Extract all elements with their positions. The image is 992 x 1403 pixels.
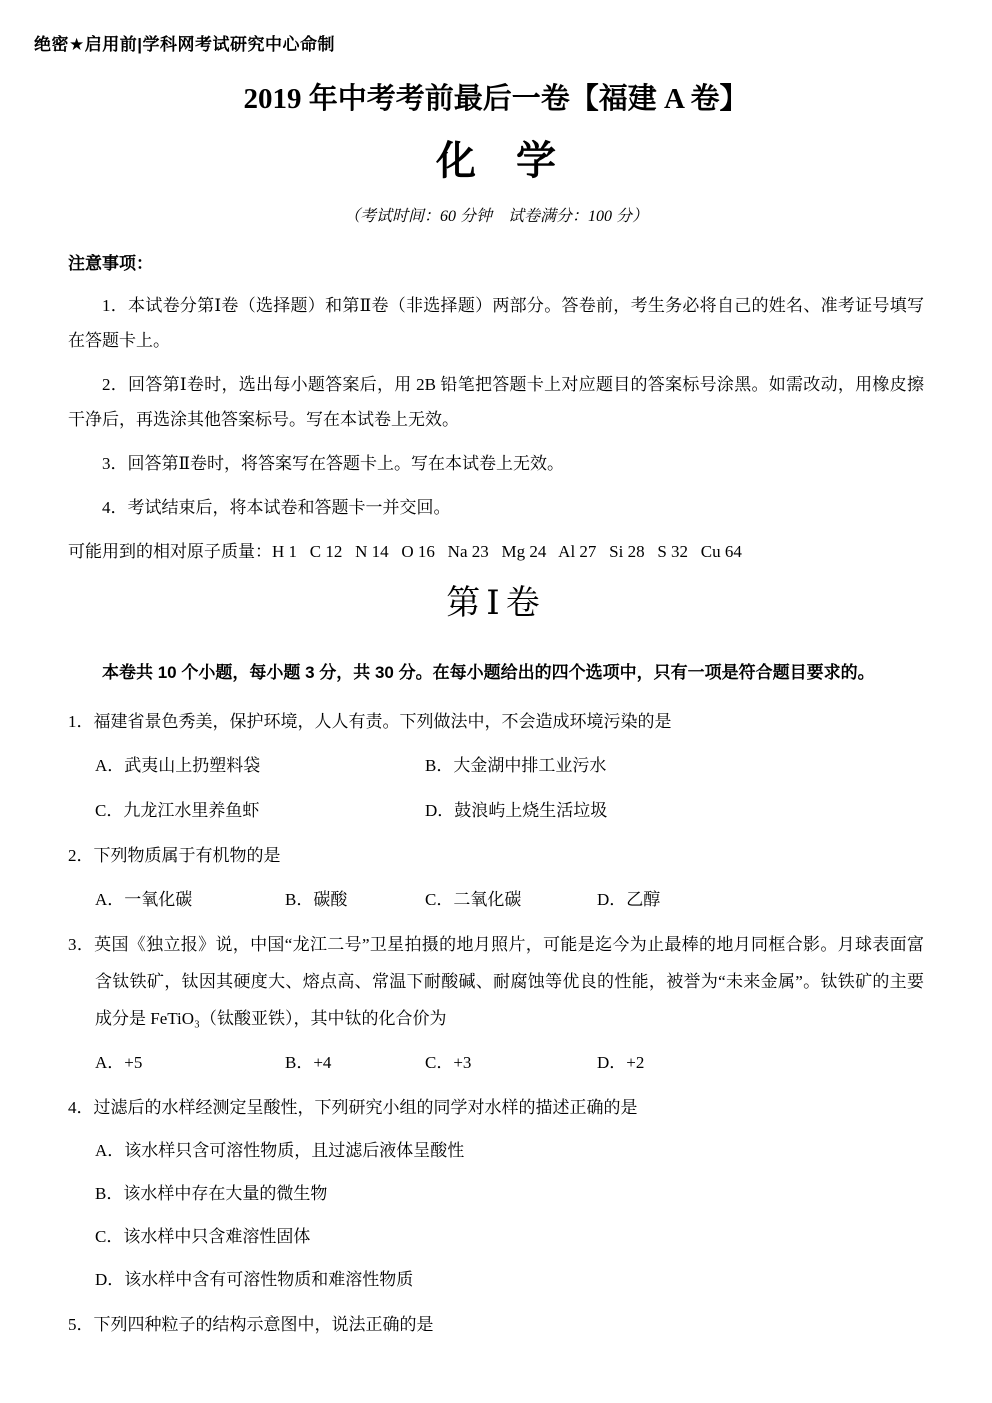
- notice-item-4: 4．考试结束后，将本试卷和答题卡一并交回。: [68, 490, 924, 525]
- question-3-option-a: A．+5: [95, 1044, 285, 1081]
- question-2-number: 2．: [68, 846, 94, 865]
- notice-item-1: 1．本试卷分第Ⅰ卷（选择题）和第Ⅱ卷（非选择题）两部分。答卷前，考生务必将自己的…: [68, 288, 924, 358]
- question-2-option-d: D．乙醇: [597, 881, 924, 918]
- question-5-number: 5．: [68, 1315, 94, 1334]
- atomic-masses-line: 可能用到的相对原子质量：H 1 C 12 N 14 O 16 Na 23 Mg …: [68, 534, 924, 569]
- classification-header: 绝密★启用前|学科网考试研究中心命制: [34, 30, 335, 55]
- question-1-text: 1．福建省景色秀美，保护环境，人人有责。下列做法中，不会造成环境污染的是: [68, 703, 924, 740]
- question-4: 4．过滤后的水样经测定呈酸性，下列研究小组的同学对水样的描述正确的是 A．该水样…: [68, 1089, 924, 1298]
- question-1-option-c: C．九龙江水里养鱼虾: [95, 792, 425, 829]
- subject-title: 化 学: [0, 138, 992, 184]
- question-3-number: 3．: [68, 935, 94, 954]
- question-4-option-c: C．该水样中只含难溶性固体: [95, 1218, 924, 1255]
- question-1-option-b: B．大金湖中排工业污水: [425, 747, 924, 784]
- question-4-number: 4．: [68, 1098, 94, 1117]
- question-2-option-b: B．碳酸: [285, 881, 425, 918]
- notice-heading: 注意事项：: [68, 252, 924, 276]
- question-3-options: A．+5 B．+4 C．+3 D．+2: [68, 1044, 924, 1081]
- question-3-option-c: C．+3: [425, 1044, 597, 1081]
- exam-title: 2019 年中考考前最后一卷【福建 A 卷】: [0, 0, 992, 116]
- question-2-stem: 下列物质属于有机物的是: [94, 846, 281, 865]
- question-4-stem: 过滤后的水样经测定呈酸性，下列研究小组的同学对水样的描述正确的是: [94, 1098, 638, 1117]
- question-5: 5．下列四种粒子的结构示意图中，说法正确的是: [68, 1306, 924, 1343]
- notice-item-3: 3．回答第Ⅱ卷时，将答案写在答题卡上。写在本试卷上无效。: [68, 446, 924, 481]
- question-3-option-b: B．+4: [285, 1044, 425, 1081]
- part1-title: 第Ⅰ卷: [68, 581, 924, 627]
- question-4-option-d: D．该水样中含有可溶性物质和难溶性物质: [95, 1261, 924, 1298]
- question-5-text: 5．下列四种粒子的结构示意图中，说法正确的是: [68, 1306, 924, 1343]
- exam-duration-info: （考试时间：60 分钟 试卷满分：100 分）: [0, 206, 992, 228]
- question-2-options: A．一氧化碳 B．碳酸 C．二氧化碳 D．乙醇: [68, 881, 924, 918]
- question-3-stem: 英国《独立报》说，中国“龙江二号”卫星拍摄的地月照片，可能是迄今为止最棒的地月同…: [94, 935, 924, 1028]
- question-1-stem: 福建省景色秀美，保护环境，人人有责。下列做法中，不会造成环境污染的是: [94, 712, 672, 731]
- question-2-text: 2．下列物质属于有机物的是: [68, 837, 924, 874]
- question-2-option-c: C．二氧化碳: [425, 881, 597, 918]
- question-3-option-d: D．+2: [597, 1044, 924, 1081]
- question-5-stem: 下列四种粒子的结构示意图中，说法正确的是: [94, 1315, 434, 1334]
- exam-paper-page: 绝密★启用前|学科网考试研究中心命制 2019 年中考考前最后一卷【福建 A 卷…: [0, 0, 992, 1403]
- question-4-option-b: B．该水样中存在大量的微生物: [95, 1175, 924, 1212]
- question-4-options: A．该水样只含可溶性物质，且过滤后液体呈酸性 B．该水样中存在大量的微生物 C．…: [68, 1132, 924, 1298]
- question-2: 2．下列物质属于有机物的是 A．一氧化碳 B．碳酸 C．二氧化碳 D．乙醇: [68, 837, 924, 918]
- question-1: 1．福建省景色秀美，保护环境，人人有责。下列做法中，不会造成环境污染的是 A．武…: [68, 703, 924, 829]
- question-2-option-a: A．一氧化碳: [95, 881, 285, 918]
- paper-body: 注意事项： 1．本试卷分第Ⅰ卷（选择题）和第Ⅱ卷（非选择题）两部分。答卷前，考生…: [68, 252, 924, 1343]
- question-1-option-d: D．鼓浪屿上烧生活垃圾: [425, 792, 924, 829]
- question-3: 3．英国《独立报》说，中国“龙江二号”卫星拍摄的地月照片，可能是迄今为止最棒的地…: [68, 926, 924, 1081]
- part1-intro: 本卷共 10 个小题，每小题 3 分，共 30 分。在每小题给出的四个选项中，只…: [68, 655, 924, 691]
- notice-item-2: 2．回答第Ⅰ卷时，选出每小题答案后，用 2B 铅笔把答题卡上对应题目的答案标号涂…: [68, 367, 924, 437]
- question-4-text: 4．过滤后的水样经测定呈酸性，下列研究小组的同学对水样的描述正确的是: [68, 1089, 924, 1126]
- question-4-option-a: A．该水样只含可溶性物质，且过滤后液体呈酸性: [95, 1132, 924, 1169]
- question-1-option-a: A．武夷山上扔塑料袋: [95, 747, 425, 784]
- question-3-text: 3．英国《独立报》说，中国“龙江二号”卫星拍摄的地月照片，可能是迄今为止最棒的地…: [68, 926, 924, 1037]
- question-1-number: 1．: [68, 712, 94, 731]
- question-1-options: A．武夷山上扔塑料袋 B．大金湖中排工业污水 C．九龙江水里养鱼虾 D．鼓浪屿上…: [68, 747, 924, 829]
